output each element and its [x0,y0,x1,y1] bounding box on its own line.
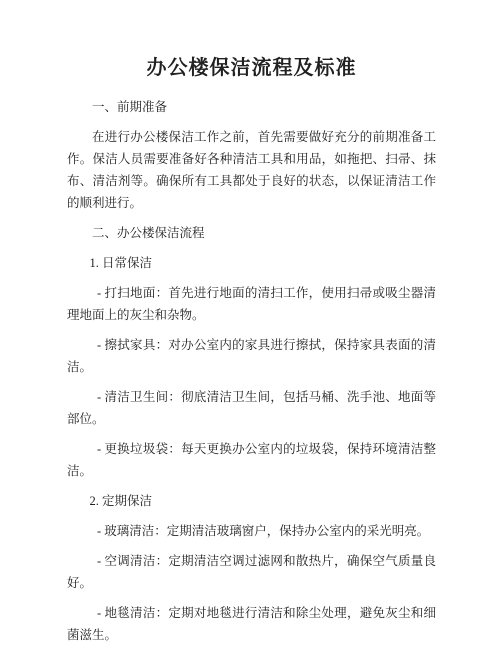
list-item-clean-restroom: - 清洁卫生间：彻底清洁卫生间，包括马桶、洗手池、地面等部位。 [67,386,436,430]
document-content: 办公楼保洁流程及标准 一、前期准备 在进行办公楼保洁工作之前，首先需要做好充分的… [0,0,502,646]
document-page: 办公楼保洁流程及标准 一、前期准备 在进行办公楼保洁工作之前，首先需要做好充分的… [0,0,502,649]
list-item-wipe-furniture: - 擦拭家具：对办公室内的家具进行擦拭，保持家具表面的清洁。 [67,334,436,378]
section-heading-process: 二、办公楼保洁流程 [67,222,436,244]
subsection-heading-daily-cleaning: 1. 日常保洁 [67,252,436,274]
intro-paragraph: 在进行办公楼保洁工作之前，首先需要做好充分的前期准备工作。保洁人员需要准备好各种… [67,126,436,214]
list-item-glass-cleaning: - 玻璃清洁：定期清洁玻璃窗户，保持办公室内的采光明亮。 [67,520,436,542]
list-item-carpet-cleaning: - 地毯清洁：定期对地毯进行清洁和除尘处理，避免灰尘和细菌滋生。 [67,602,436,646]
section-heading-preparation: 一、前期准备 [67,96,436,118]
page-title: 办公楼保洁流程及标准 [67,55,436,82]
list-item-sweep-floor: - 打扫地面：首先进行地面的清扫工作，使用扫帚或吸尘器清理地面上的灰尘和杂物。 [67,282,436,326]
subsection-heading-periodic-cleaning: 2. 定期保洁 [67,490,436,512]
list-item-ac-cleaning: - 空调清洁：定期清洁空调过滤网和散热片，确保空气质量良好。 [67,550,436,594]
list-item-replace-trash-bags: - 更换垃圾袋：每天更换办公室内的垃圾袋，保持环境清洁整洁。 [67,438,436,482]
